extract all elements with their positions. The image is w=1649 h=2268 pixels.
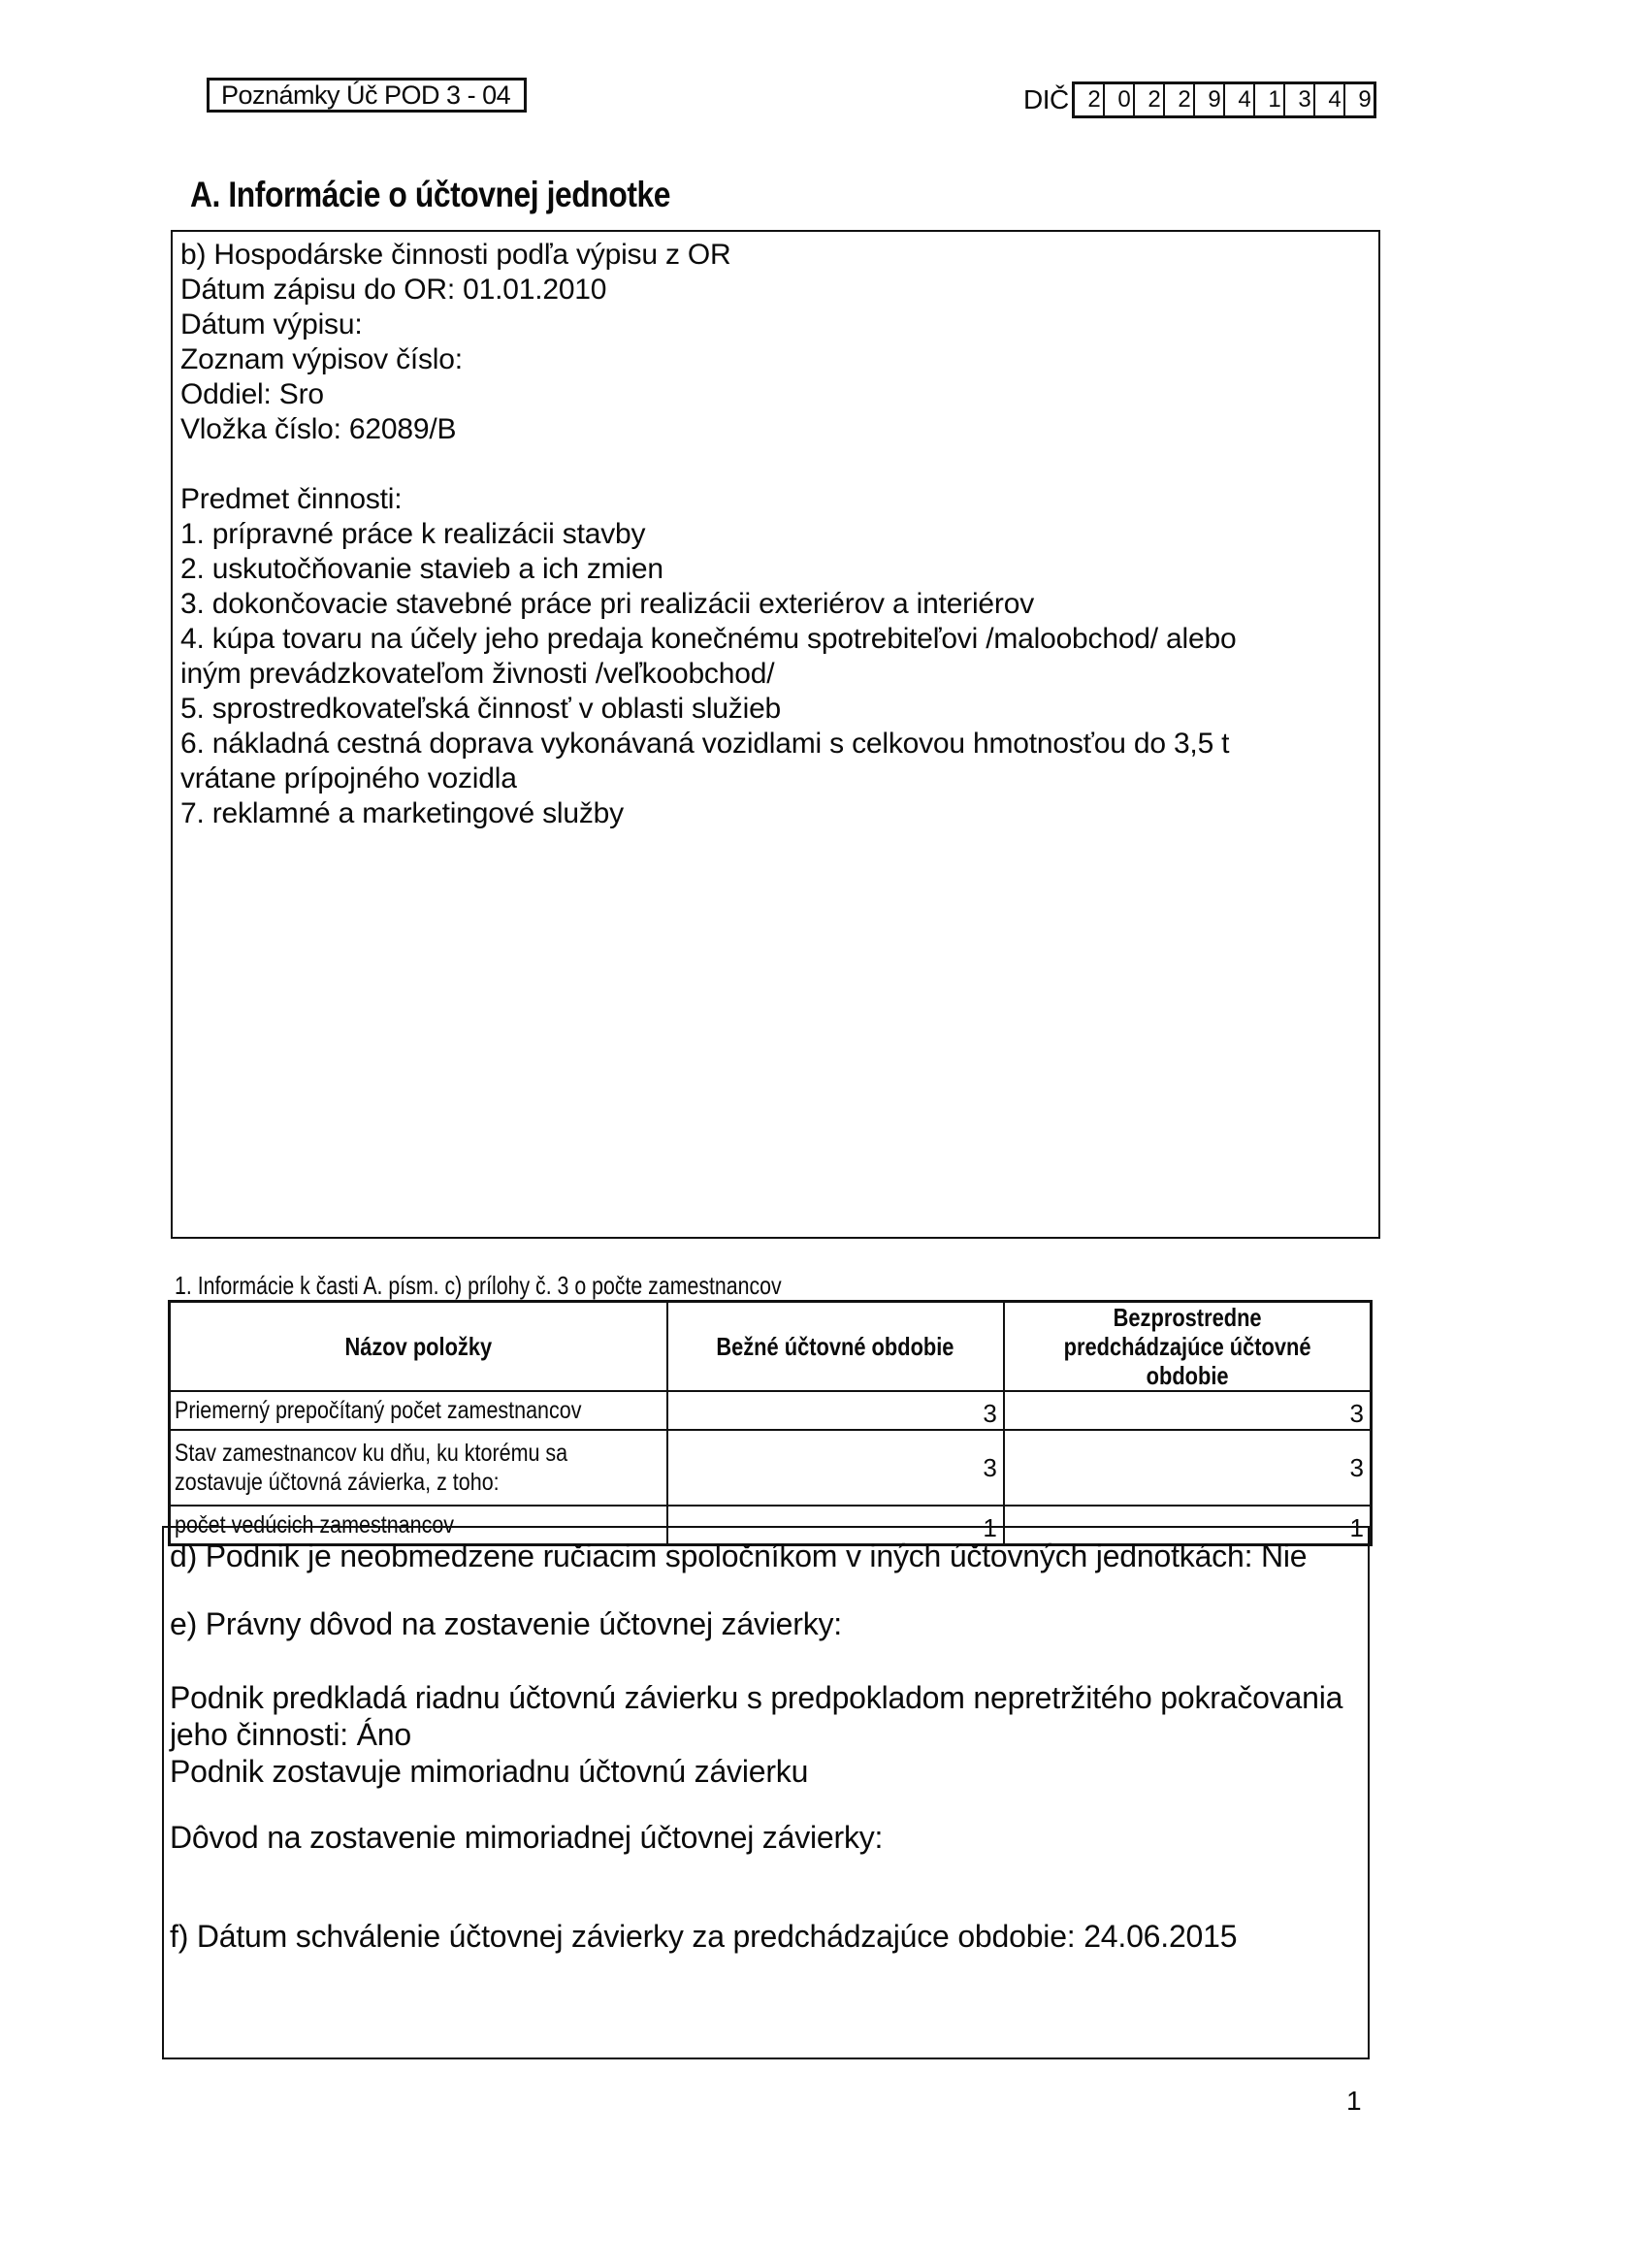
- tax-id-label: DIČ: [1023, 84, 1069, 115]
- activity-item: 1. prípravné práce k realizácii stavby: [180, 517, 1369, 552]
- activity-item: 4. kúpa tovaru na účely jeho predaja kon…: [180, 622, 1369, 657]
- activity-item: 5. sprostredkovateľská činnosť v oblasti…: [180, 692, 1369, 727]
- tax-id-digit: 2: [1163, 84, 1193, 115]
- form-code: Poznámky Úč POD 3 - 04: [221, 81, 510, 110]
- tax-id-digit: 2: [1075, 84, 1103, 115]
- current-period-value: 3: [667, 1430, 1004, 1506]
- activity-item-continuation: iným prevádzkovateľom živnosti /veľkoobc…: [180, 657, 1369, 692]
- activity-item: 2. uskutočňovanie stavieb a ich zmien: [180, 552, 1369, 587]
- activity-item: 7. reklamné a marketingové služby: [180, 796, 1369, 831]
- registration-date: Dátum zápisu do OR: 01.01.2010: [180, 273, 1369, 308]
- tax-id-digit: 4: [1223, 84, 1253, 115]
- employee-table-caption: 1. Informácie k časti A. písm. c) príloh…: [175, 1271, 782, 1301]
- regular-statement-line: Podnik predkladá riadnu účtovnú závierku…: [170, 1679, 1360, 1716]
- extract-date: Dátum výpisu:: [180, 308, 1369, 342]
- row-label: Stav zamestnancov ku dňu, ku ktorému sa …: [170, 1430, 667, 1506]
- section-title: A. Informácie o účtovnej jednotke: [190, 175, 670, 215]
- tax-id-digit: 0: [1103, 84, 1133, 115]
- tax-id-digit: 3: [1283, 84, 1313, 115]
- table-header-row: Názov položky Bežné účtovné obdobie Bezp…: [170, 1302, 1372, 1392]
- current-period-value: 3: [667, 1391, 1004, 1430]
- subject-of-activity-heading: Predmet činnosti:: [180, 482, 1369, 517]
- form-code-box: Poznámky Úč POD 3 - 04: [207, 78, 527, 113]
- extraordinary-statement-line: Podnik zostavuje mimoriadnu účtovnú závi…: [170, 1753, 1360, 1790]
- spacer: [170, 1790, 1360, 1819]
- spacer: [180, 447, 1369, 482]
- page-number: 1: [1346, 2086, 1362, 2117]
- column-header-item-name: Názov položky: [170, 1302, 667, 1392]
- tax-id-digit: 9: [1343, 84, 1374, 115]
- legal-reason-heading: e) Právny dôvod na zostavenie účtovnej z…: [170, 1605, 1360, 1642]
- spacer: [170, 1642, 1360, 1679]
- tax-id-digit-boxes: 2 0 2 2 9 4 1 3 4 9: [1072, 81, 1376, 118]
- approval-date-line: f) Dátum schválenie účtovnej závierky za…: [170, 1918, 1360, 1955]
- tax-id-digit: 9: [1193, 84, 1223, 115]
- spacer: [170, 1856, 1360, 1918]
- business-activities-box: b) Hospodárske činnosti podľa výpisu z O…: [171, 230, 1380, 1239]
- tax-id-digit: 1: [1253, 84, 1283, 115]
- employee-count-table: Názov položky Bežné účtovné obdobie Bezp…: [168, 1300, 1373, 1546]
- column-header-previous-period: Bezprostredne predchádzajúce účtovné obd…: [1004, 1302, 1372, 1392]
- activity-item: 3. dokončovacie stavebné práce pri reali…: [180, 587, 1369, 622]
- tax-id-field: DIČ 2 0 2 2 9 4 1 3 4 9: [1023, 81, 1376, 118]
- row-label: Priemerný prepočítaný počet zamestnancov: [170, 1391, 667, 1430]
- previous-period-value: 3: [1004, 1430, 1372, 1506]
- regular-statement-continuation: jeho činnosti: Áno: [170, 1716, 1360, 1753]
- previous-period-value: 3: [1004, 1391, 1372, 1430]
- activity-item: 6. nákladná cestná doprava vykonávaná vo…: [180, 727, 1369, 761]
- activity-item-continuation: vrátane prípojného vozidla: [180, 761, 1369, 796]
- tax-id-digit: 4: [1313, 84, 1343, 115]
- column-header-current-period: Bežné účtovné obdobie: [667, 1302, 1004, 1392]
- tax-id-digit: 2: [1133, 84, 1163, 115]
- activities-heading: b) Hospodárske činnosti podľa výpisu z O…: [180, 238, 1369, 273]
- extraordinary-reason-line: Dôvod na zostavenie mimoriadnej účtovnej…: [170, 1819, 1360, 1856]
- extract-list-number: Zoznam výpisov číslo:: [180, 342, 1369, 377]
- unlimited-liability-statement: d) Podnik je neobmedzene ručiacim spoloč…: [170, 1538, 1360, 1574]
- register-section: Oddiel: Sro: [180, 377, 1369, 412]
- insert-number: Vložka číslo: 62089/B: [180, 412, 1369, 447]
- table-row: Priemerný prepočítaný počet zamestnancov…: [170, 1391, 1372, 1430]
- financial-statement-info-box: d) Podnik je neobmedzene ručiacim spoloč…: [162, 1526, 1370, 2059]
- table-row: Stav zamestnancov ku dňu, ku ktorému sa …: [170, 1430, 1372, 1506]
- spacer: [170, 1574, 1360, 1605]
